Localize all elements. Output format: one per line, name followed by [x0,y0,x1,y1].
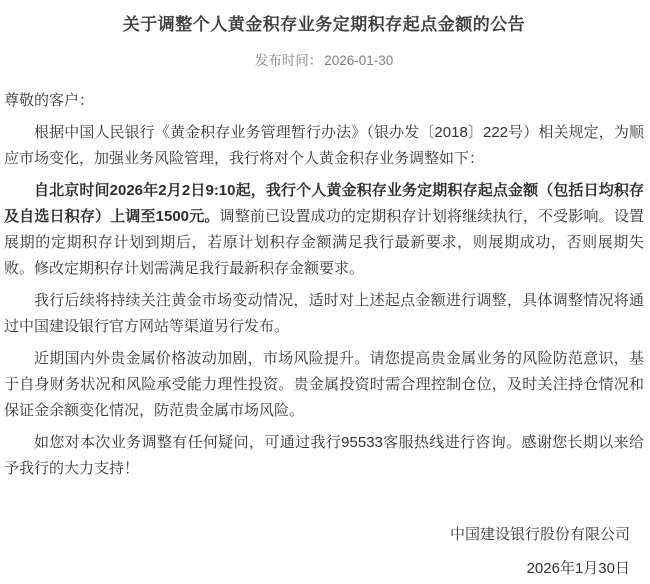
publish-date-label: 发布时间： [255,53,323,68]
signature-block: 中国建设银行股份有限公司 2026年1月30日 [4,522,644,582]
page-title: 关于调整个人黄金积存业务定期积存起点金额的公告 [4,13,644,37]
paragraph-risk-warning: 近期国内外贵金属价格波动加剧，市场风险提升。请您提高贵金属业务的风险防范意识，基… [4,346,644,424]
paragraph-adjustment: 自北京时间2026年2月2日9:10起，我行个人黄金积存业务定期积存起点金额（包… [4,178,644,282]
publish-info: 发布时间：2026-01-30 [4,52,644,70]
paragraph-follow-up: 我行后续将持续关注黄金市场变动情况，适时对上述起点金额进行调整，具体调整情况将通… [4,288,644,340]
salutation: 尊敬的客户： [4,88,644,114]
paragraph-intro: 根据中国人民银行《黄金积存业务管理暂行办法》（银办发〔2018〕222号）相关规… [4,120,644,172]
signature-company: 中国建设银行股份有限公司 [4,522,630,548]
paragraph-contact: 如您对本次业务调整有任何疑问，可通过我行95533客服热线进行咨询。感谢您长期以… [4,430,644,482]
announcement-body: 尊敬的客户： 根据中国人民银行《黄金积存业务管理暂行办法》（银办发〔2018〕2… [4,88,644,482]
publish-date-value: 2026-01-30 [324,53,393,68]
signature-date: 2026年1月30日 [4,556,630,582]
announcement-page: 关于调整个人黄金积存业务定期积存起点金额的公告 发布时间：2026-01-30 … [0,0,650,584]
announcement-document: 关于调整个人黄金积存业务定期积存起点金额的公告 发布时间：2026-01-30 … [0,13,650,582]
